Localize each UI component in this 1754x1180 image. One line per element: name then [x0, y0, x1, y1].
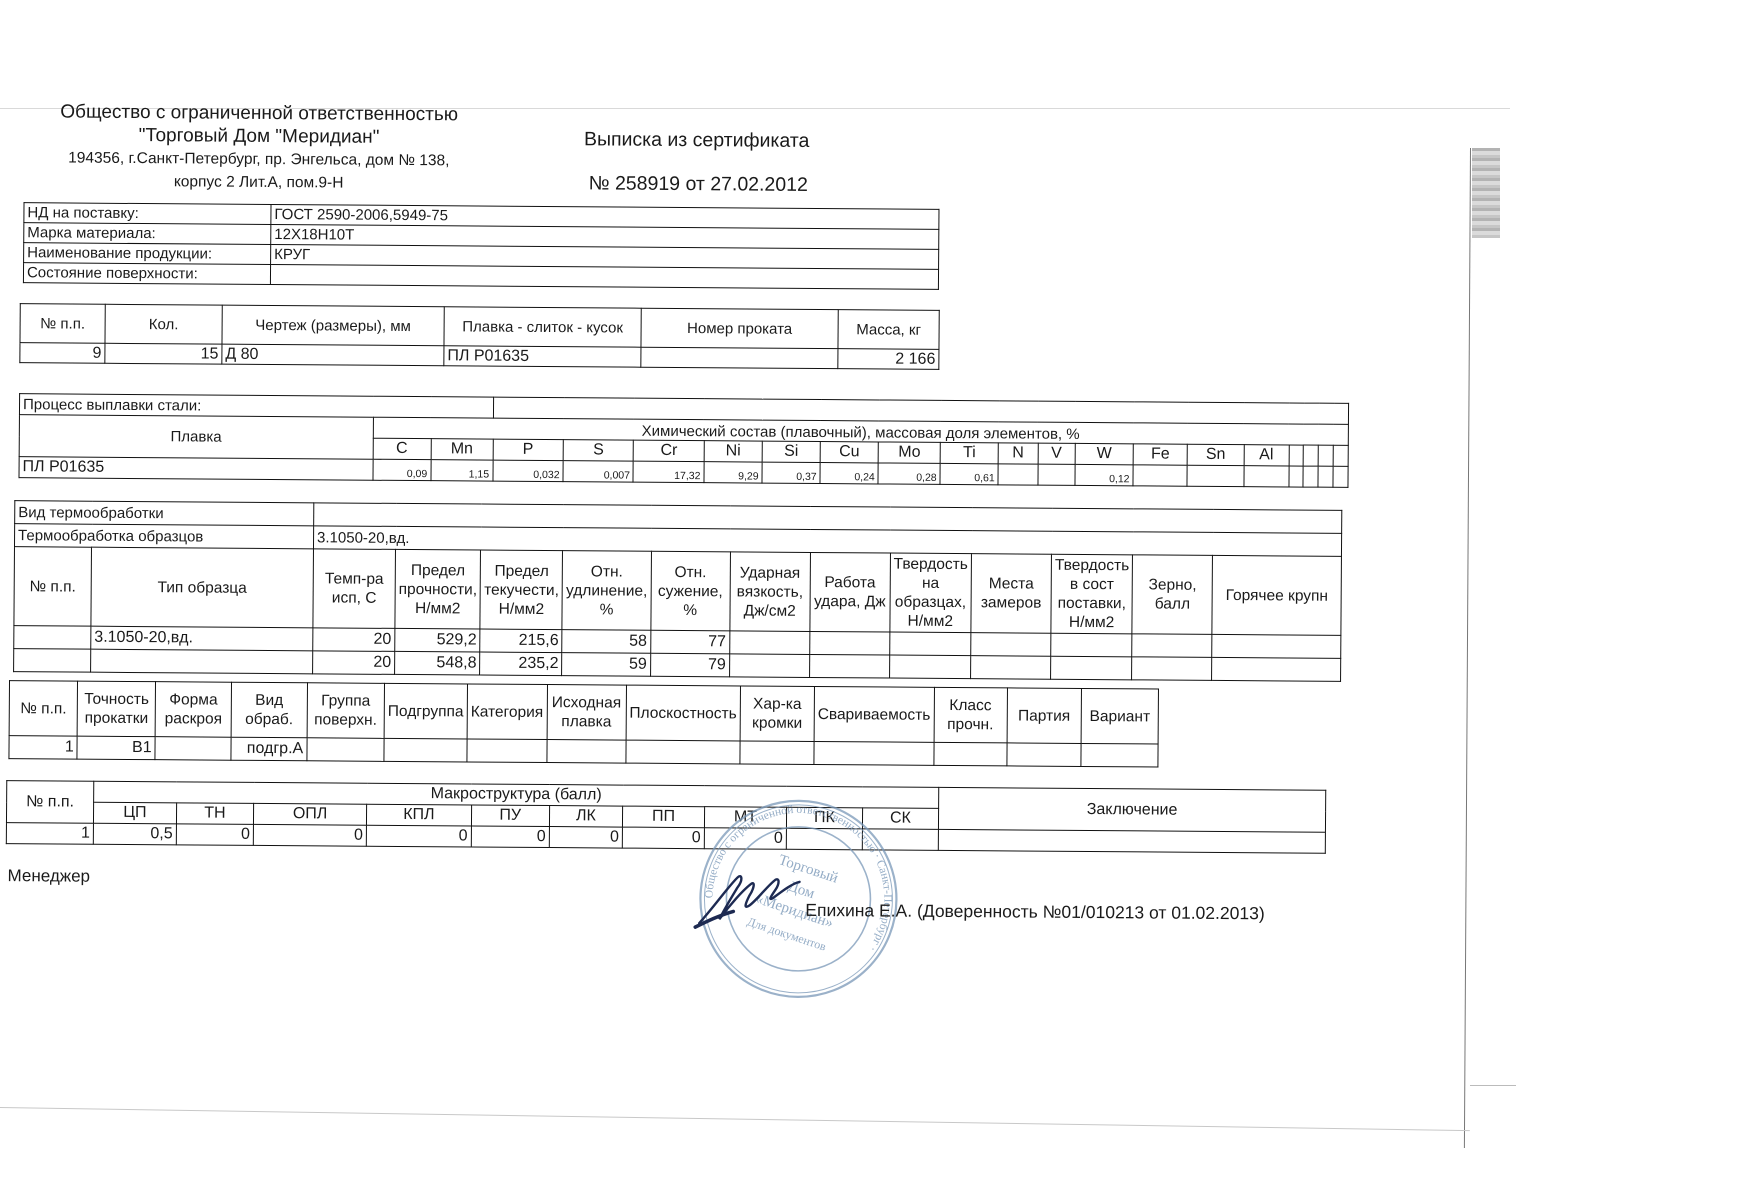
column-header: № п.п.	[9, 681, 78, 736]
column-header: Подгруппа	[384, 683, 467, 739]
element-header: V	[1038, 443, 1076, 464]
cell-sample-type: 3.1050-20,вд.	[91, 626, 313, 651]
element-value	[1333, 466, 1348, 487]
macro-column-header: ТН	[176, 803, 253, 825]
column-header: Отн. удлинение, %	[562, 551, 651, 631]
element-header: Ti	[940, 442, 998, 463]
column-header: № п.п.	[6, 781, 93, 824]
cell-empty	[384, 738, 467, 762]
scan-edge	[0, 1107, 1470, 1131]
element-header: N	[998, 443, 1037, 464]
cell-empty	[1132, 657, 1212, 681]
heat-header: Плавка	[19, 415, 373, 460]
column-header: Категория	[467, 684, 547, 740]
element-value	[1289, 466, 1304, 487]
macro-column-header: КПЛ	[367, 804, 472, 826]
chemistry-table: Процесс выплавки стали: Плавка Химически…	[18, 393, 1349, 488]
element-header: P	[493, 439, 564, 461]
cell-empty	[814, 741, 934, 765]
cell-empty	[1132, 634, 1212, 658]
element-header: Fe	[1133, 444, 1187, 465]
properties-table: № п.п.Точность прокаткиФорма раскрояВид …	[8, 680, 1159, 767]
column-header: Темп-ра исп, С	[313, 549, 396, 629]
document-title: Выписка из сертификата	[584, 128, 810, 153]
column-header: Свариваемость	[814, 686, 934, 742]
column-header: Работа удара, Дж	[810, 552, 891, 632]
cell-empty	[1212, 657, 1341, 681]
element-value	[1038, 464, 1076, 485]
element-header: Al	[1244, 445, 1289, 466]
signer-name: Епихина Е.А. (Доверенность №01/010213 от…	[805, 900, 1265, 924]
macro-value: 0	[622, 827, 704, 849]
company-block: Общество с ограниченной ответственностью…	[19, 100, 500, 196]
macro-value: 0	[366, 825, 471, 847]
element-value: 0,61	[940, 463, 998, 484]
cell-empty	[467, 739, 547, 763]
element-value: 1,15	[431, 460, 493, 481]
cell-empty	[1051, 633, 1132, 657]
cell-tensile-strength: 548,8	[395, 651, 481, 675]
column-header: № п.п.	[20, 304, 105, 344]
element-value: 0,37	[762, 462, 820, 483]
cell-reduction: 79	[650, 653, 729, 677]
column-header: № п.п.	[14, 547, 92, 627]
element-header	[1333, 445, 1348, 466]
cell-roll-number	[641, 347, 838, 368]
column-header: Масса, кг	[838, 310, 939, 350]
element-value	[998, 464, 1037, 485]
element-header: Sn	[1187, 444, 1243, 465]
cell-empty	[1081, 743, 1158, 767]
element-header: W	[1075, 443, 1133, 464]
column-header: Группа поверхн.	[307, 683, 385, 739]
cell-accuracy: В1	[77, 736, 155, 760]
info-label: Марка материала:	[24, 223, 271, 245]
column-header: Класс прочн.	[934, 687, 1007, 743]
element-header: Ni	[704, 441, 762, 462]
column-header: Зерно, балл	[1132, 555, 1213, 635]
column-header: Партия	[1007, 688, 1082, 744]
cell-sample-type	[91, 649, 313, 674]
element-header: Mn	[431, 439, 493, 460]
column-header: Кол.	[105, 304, 222, 344]
element-value: 0,24	[820, 463, 878, 484]
element-value: 17,32	[633, 461, 704, 483]
cell-tensile-strength: 529,2	[395, 628, 481, 652]
column-header: Тип образца	[91, 547, 314, 628]
column-header: Хар-ка кромки	[740, 686, 814, 742]
macro-value: 0	[471, 826, 549, 848]
cell-mass: 2 166	[838, 349, 939, 370]
macro-value: 0	[176, 824, 253, 846]
cell-elongation: 59	[562, 653, 650, 677]
cell-empty	[934, 742, 1007, 766]
cell-temperature: 20	[313, 628, 395, 652]
info-label: Наименование продукции:	[24, 243, 271, 265]
cell-empty	[809, 631, 889, 655]
cell-qty: 15	[105, 343, 222, 364]
cell-num: 9	[20, 343, 105, 364]
conclusion-header: Заключение	[938, 787, 1325, 832]
column-header: Вид обраб.	[231, 682, 307, 738]
column-header: Номер проката	[641, 308, 838, 348]
column-header: Плоскостность	[626, 685, 741, 741]
cell-heat: ПЛ Р01635	[444, 346, 641, 367]
cell-processing: подгр.А	[231, 737, 307, 761]
column-header: Исходная плавка	[547, 685, 626, 741]
element-header	[1289, 445, 1304, 466]
element-value: 0,09	[373, 459, 431, 480]
macro-column-header: ЛК	[549, 806, 622, 828]
column-header: Предел текучести, Н/мм2	[480, 550, 563, 630]
element-header: Cu	[820, 442, 878, 463]
cell-num	[14, 649, 91, 673]
cell-yield-strength: 235,2	[480, 652, 562, 676]
element-header: S	[563, 440, 634, 462]
cell-empty	[971, 633, 1051, 657]
cell-reduction: 77	[650, 630, 729, 654]
column-header: Горячее крупн	[1212, 555, 1341, 635]
item-table: № п.п. Кол. Чертеж (размеры), мм Плавка …	[19, 303, 939, 370]
sample-treatment-label: Термообработка образцов	[14, 524, 313, 549]
cell-empty	[729, 654, 809, 678]
cell-empty	[1051, 656, 1132, 680]
element-value: 0,28	[878, 463, 940, 484]
cell-empty	[547, 740, 626, 764]
column-header: Вариант	[1081, 688, 1158, 744]
cell-empty	[626, 740, 740, 764]
cell-empty	[729, 631, 809, 655]
element-value	[1318, 466, 1333, 487]
element-header: Si	[762, 441, 820, 462]
macro-column-header: ПУ	[471, 805, 549, 827]
macrostructure-table: № п.п. Макроструктура (балл) Заключение …	[6, 780, 1326, 854]
column-header: Чертеж (размеры), мм	[222, 305, 444, 346]
cell-cut-form	[155, 737, 231, 761]
element-header: C	[373, 438, 431, 459]
cell-num: 1	[9, 736, 77, 760]
element-value	[1187, 465, 1243, 486]
element-value: 9,29	[704, 462, 762, 483]
macro-column-header: ПП	[622, 806, 704, 828]
element-header: Mo	[878, 442, 940, 463]
macro-column-header: ОПЛ	[253, 803, 366, 825]
macro-value: 0,5	[93, 823, 176, 845]
cell-empty	[1007, 743, 1082, 767]
element-value	[1303, 466, 1318, 487]
table-header-row: № п.п. Кол. Чертеж (размеры), мм Плавка …	[20, 304, 939, 350]
info-label: Состояние поверхности:	[23, 263, 270, 285]
macro-value: 0	[549, 827, 622, 849]
company-name-line1: Общество с ограниченной ответственностью	[19, 100, 499, 127]
cell-num	[14, 626, 91, 650]
column-header: Форма раскроя	[155, 682, 231, 738]
company-address-line2: корпус 2 Лит.А, пом.9-Н	[19, 169, 499, 196]
cell-empty	[740, 741, 814, 765]
heat-treatment-table: Вид термообработки Термообработка образц…	[13, 500, 1342, 682]
document-number: № 258919 от 27.02.2012	[589, 172, 808, 197]
column-header: Твердость в сост поставки, Н/мм2	[1051, 554, 1133, 634]
element-header	[1304, 445, 1319, 466]
column-header: Предел прочности, Н/мм2	[395, 549, 481, 629]
column-header: Ударная вязкость, Дж/см2	[730, 552, 811, 632]
company-address-line1: 194356, г.Санкт-Петербург, пр. Энгельса,…	[19, 146, 499, 173]
cell-empty	[1212, 634, 1341, 658]
certificate-sheet: Общество с ограниченной ответственностью…	[0, 0, 1470, 1111]
scan-artifact	[1472, 148, 1500, 238]
element-header	[1318, 445, 1333, 466]
cell-yield-strength: 215,6	[480, 629, 562, 653]
element-value: 0,12	[1075, 464, 1133, 485]
element-value	[1244, 466, 1289, 487]
scan-artifact	[1470, 1085, 1516, 1086]
cell-empty	[307, 738, 384, 762]
column-header: Места замеров	[971, 554, 1052, 634]
cell-empty	[889, 655, 970, 679]
column-header: Отн. сужение, %	[651, 551, 731, 631]
cell-temperature: 20	[313, 651, 395, 675]
table-header-row: № п.п.Точность прокаткиФорма раскрояВид …	[9, 681, 1158, 744]
table-header-row: № п.п.Тип образцаТемп-ра исп, СПредел пр…	[14, 547, 1342, 636]
macro-value: 0	[253, 824, 366, 846]
cell-empty	[889, 632, 970, 656]
signature-icon	[693, 865, 814, 936]
heat-value: ПЛ Р01635	[19, 457, 373, 481]
info-value	[270, 264, 938, 289]
element-value: 0,007	[563, 461, 634, 483]
cell-drawing: Д 80	[222, 344, 444, 366]
element-value	[1133, 465, 1187, 486]
info-table: НД на поставку: ГОСТ 2590-2006,5949-75 М…	[23, 202, 940, 290]
treatment-type-label: Вид термообработки	[15, 501, 314, 526]
element-value: 0,032	[493, 460, 564, 482]
macro-column-header: ЦП	[93, 802, 176, 824]
column-header: Точность прокатки	[77, 681, 155, 737]
manager-label: Менеджер	[8, 866, 91, 887]
cell-empty	[809, 654, 889, 678]
element-header: Cr	[634, 440, 705, 462]
info-label: НД на поставку:	[24, 203, 271, 225]
cell-num: 1	[6, 823, 93, 845]
column-header: Плавка - слиток - кусок	[444, 307, 641, 347]
conclusion-value	[938, 829, 1325, 853]
column-header: Твердость на образцах, Н/мм2	[890, 553, 972, 633]
cell-elongation: 58	[562, 630, 650, 654]
cell-empty	[971, 656, 1051, 680]
